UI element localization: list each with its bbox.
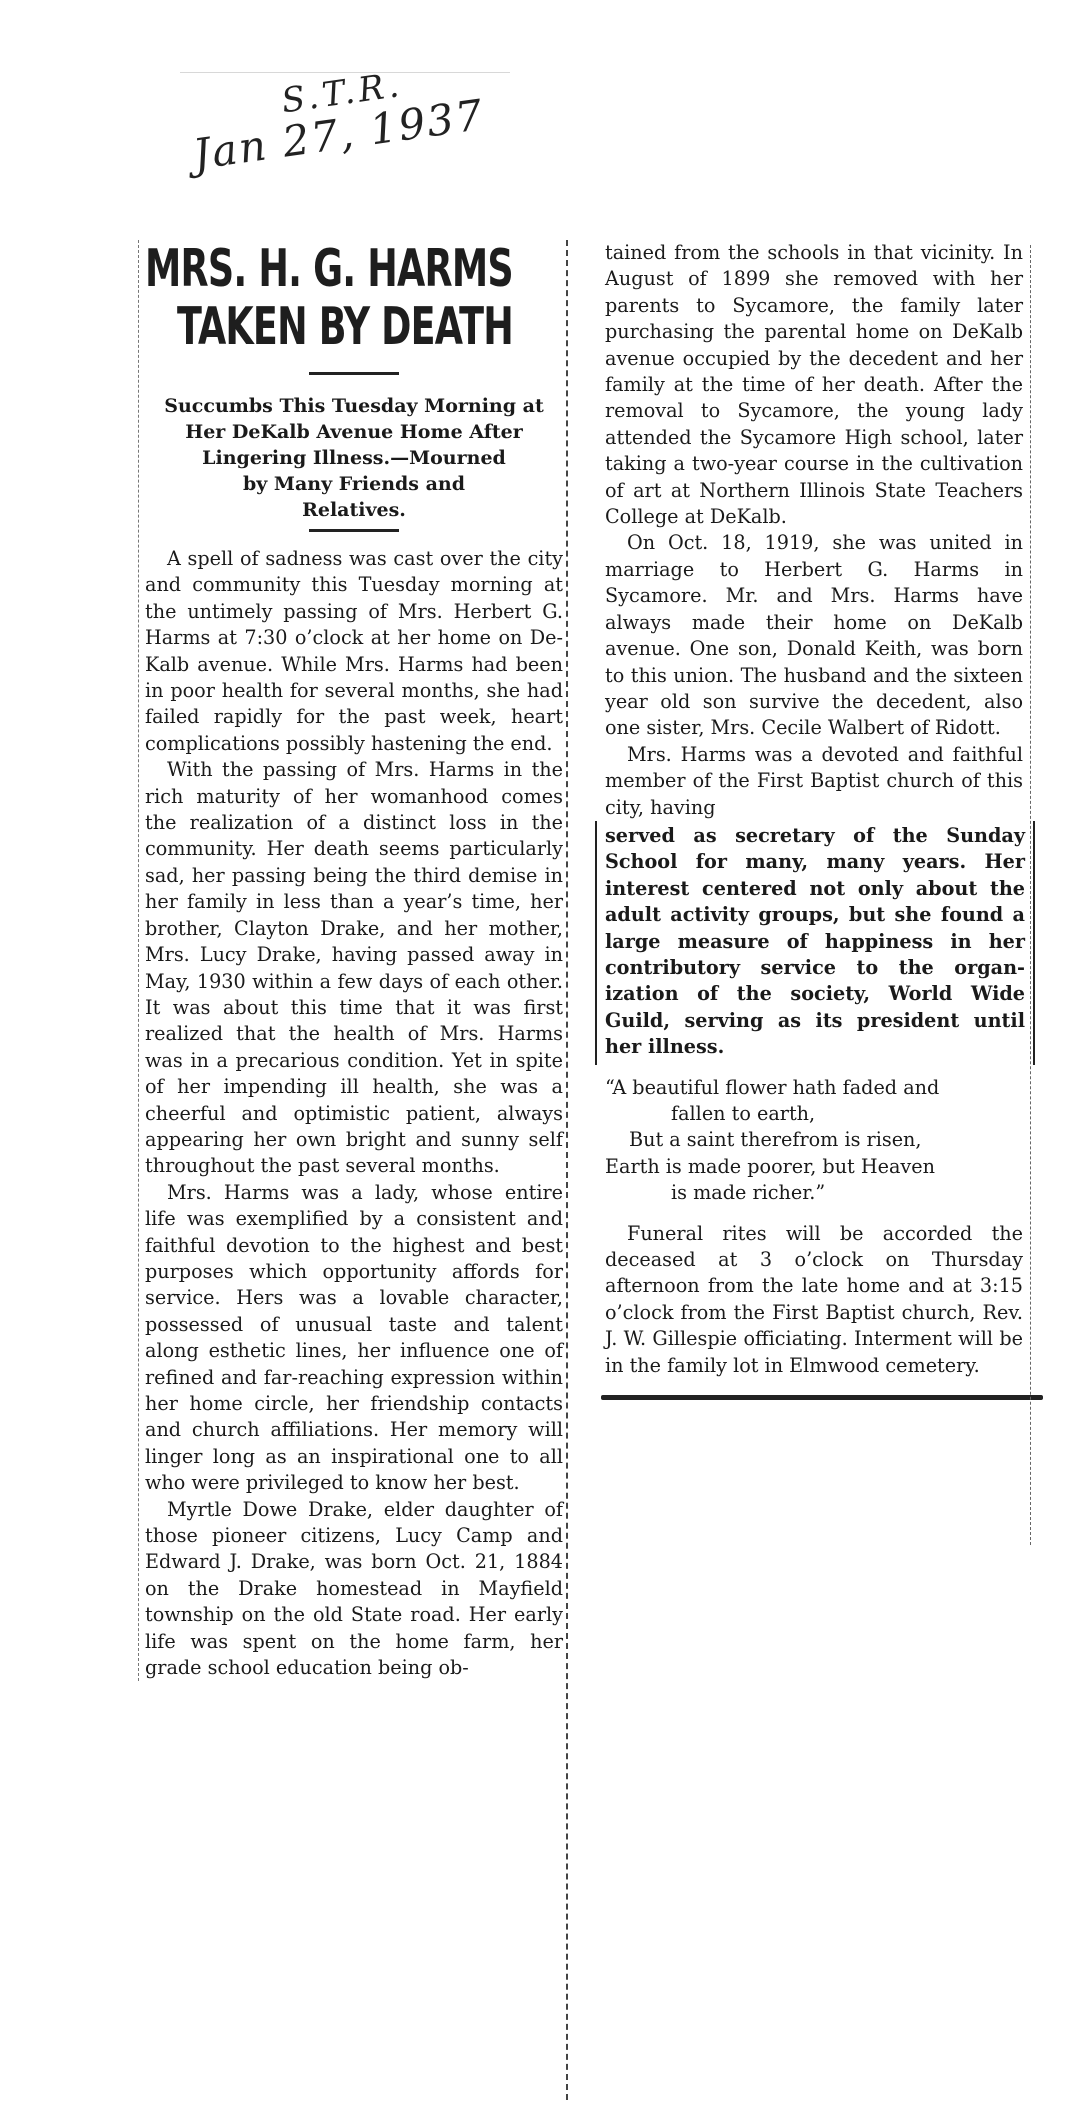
headline-rule [309,372,399,375]
article-column-right: tained from the schools in that vicinity… [605,240,1023,1400]
article-column-left: MRS. H. G. HARMS TAKEN BY DEATH Succumbs… [138,240,563,1681]
funeral-paragraph: Funeral rites will be accorded the decea… [605,1221,1023,1379]
memorial-verse: “A beautiful flower hath faded and falle… [605,1075,1023,1207]
boxed-paragraph: served as secretary of the Sunday School… [595,821,1035,1065]
body-paragraph: tained from the schools in that vicinity… [605,240,1023,530]
body-paragraph: Mrs. Harms was a devoted and faithful me… [605,742,1023,821]
body-paragraph: Myrtle Dowe Drake, elder daugh­ter of th… [145,1497,563,1682]
verse-line: fallen to earth, [605,1101,1023,1127]
deck-line: Lingering Illness.—Mourned [145,445,563,471]
deck-line: Her DeKalb Avenue Home After [145,419,563,445]
headline-line-2: TAKEN BY DEATH [177,298,478,356]
article-end-rule [601,1395,1043,1400]
clipping-right-edge [1030,245,1032,1545]
verse-line: is made richer.” [605,1180,1023,1206]
body-paragraph: served as secretary of the Sunday School… [605,823,1025,1061]
verse-line: But a saint therefrom is risen, [605,1127,1023,1153]
body-paragraph: On Oct. 18, 1919, she was united in marr… [605,530,1023,741]
verse-line: Earth is made poorer, but Heaven [605,1154,1023,1180]
body-paragraph: With the passing of Mrs. Harms in the ri… [145,757,563,1180]
deck-line: by Many Friends and [145,471,563,497]
handwritten-source-annotation: S.T.R. Jan 27, 1937 [185,50,514,179]
subheadline-deck: Succumbs This Tuesday Morning at Her DeK… [145,393,563,523]
deck-line: Relatives. [145,497,563,523]
deck-line: Succumbs This Tuesday Morning at [145,393,563,419]
body-paragraph: Mrs. Harms was a lady, whose entire life… [145,1180,563,1497]
deck-rule [309,529,399,532]
headline-line-1: MRS. H. G. HARMS [145,240,471,298]
column-divider [566,240,570,2100]
body-paragraph: A spell of sadness was cast over the cit… [145,546,563,757]
verse-line: “A beautiful flower hath faded and [605,1075,1023,1101]
